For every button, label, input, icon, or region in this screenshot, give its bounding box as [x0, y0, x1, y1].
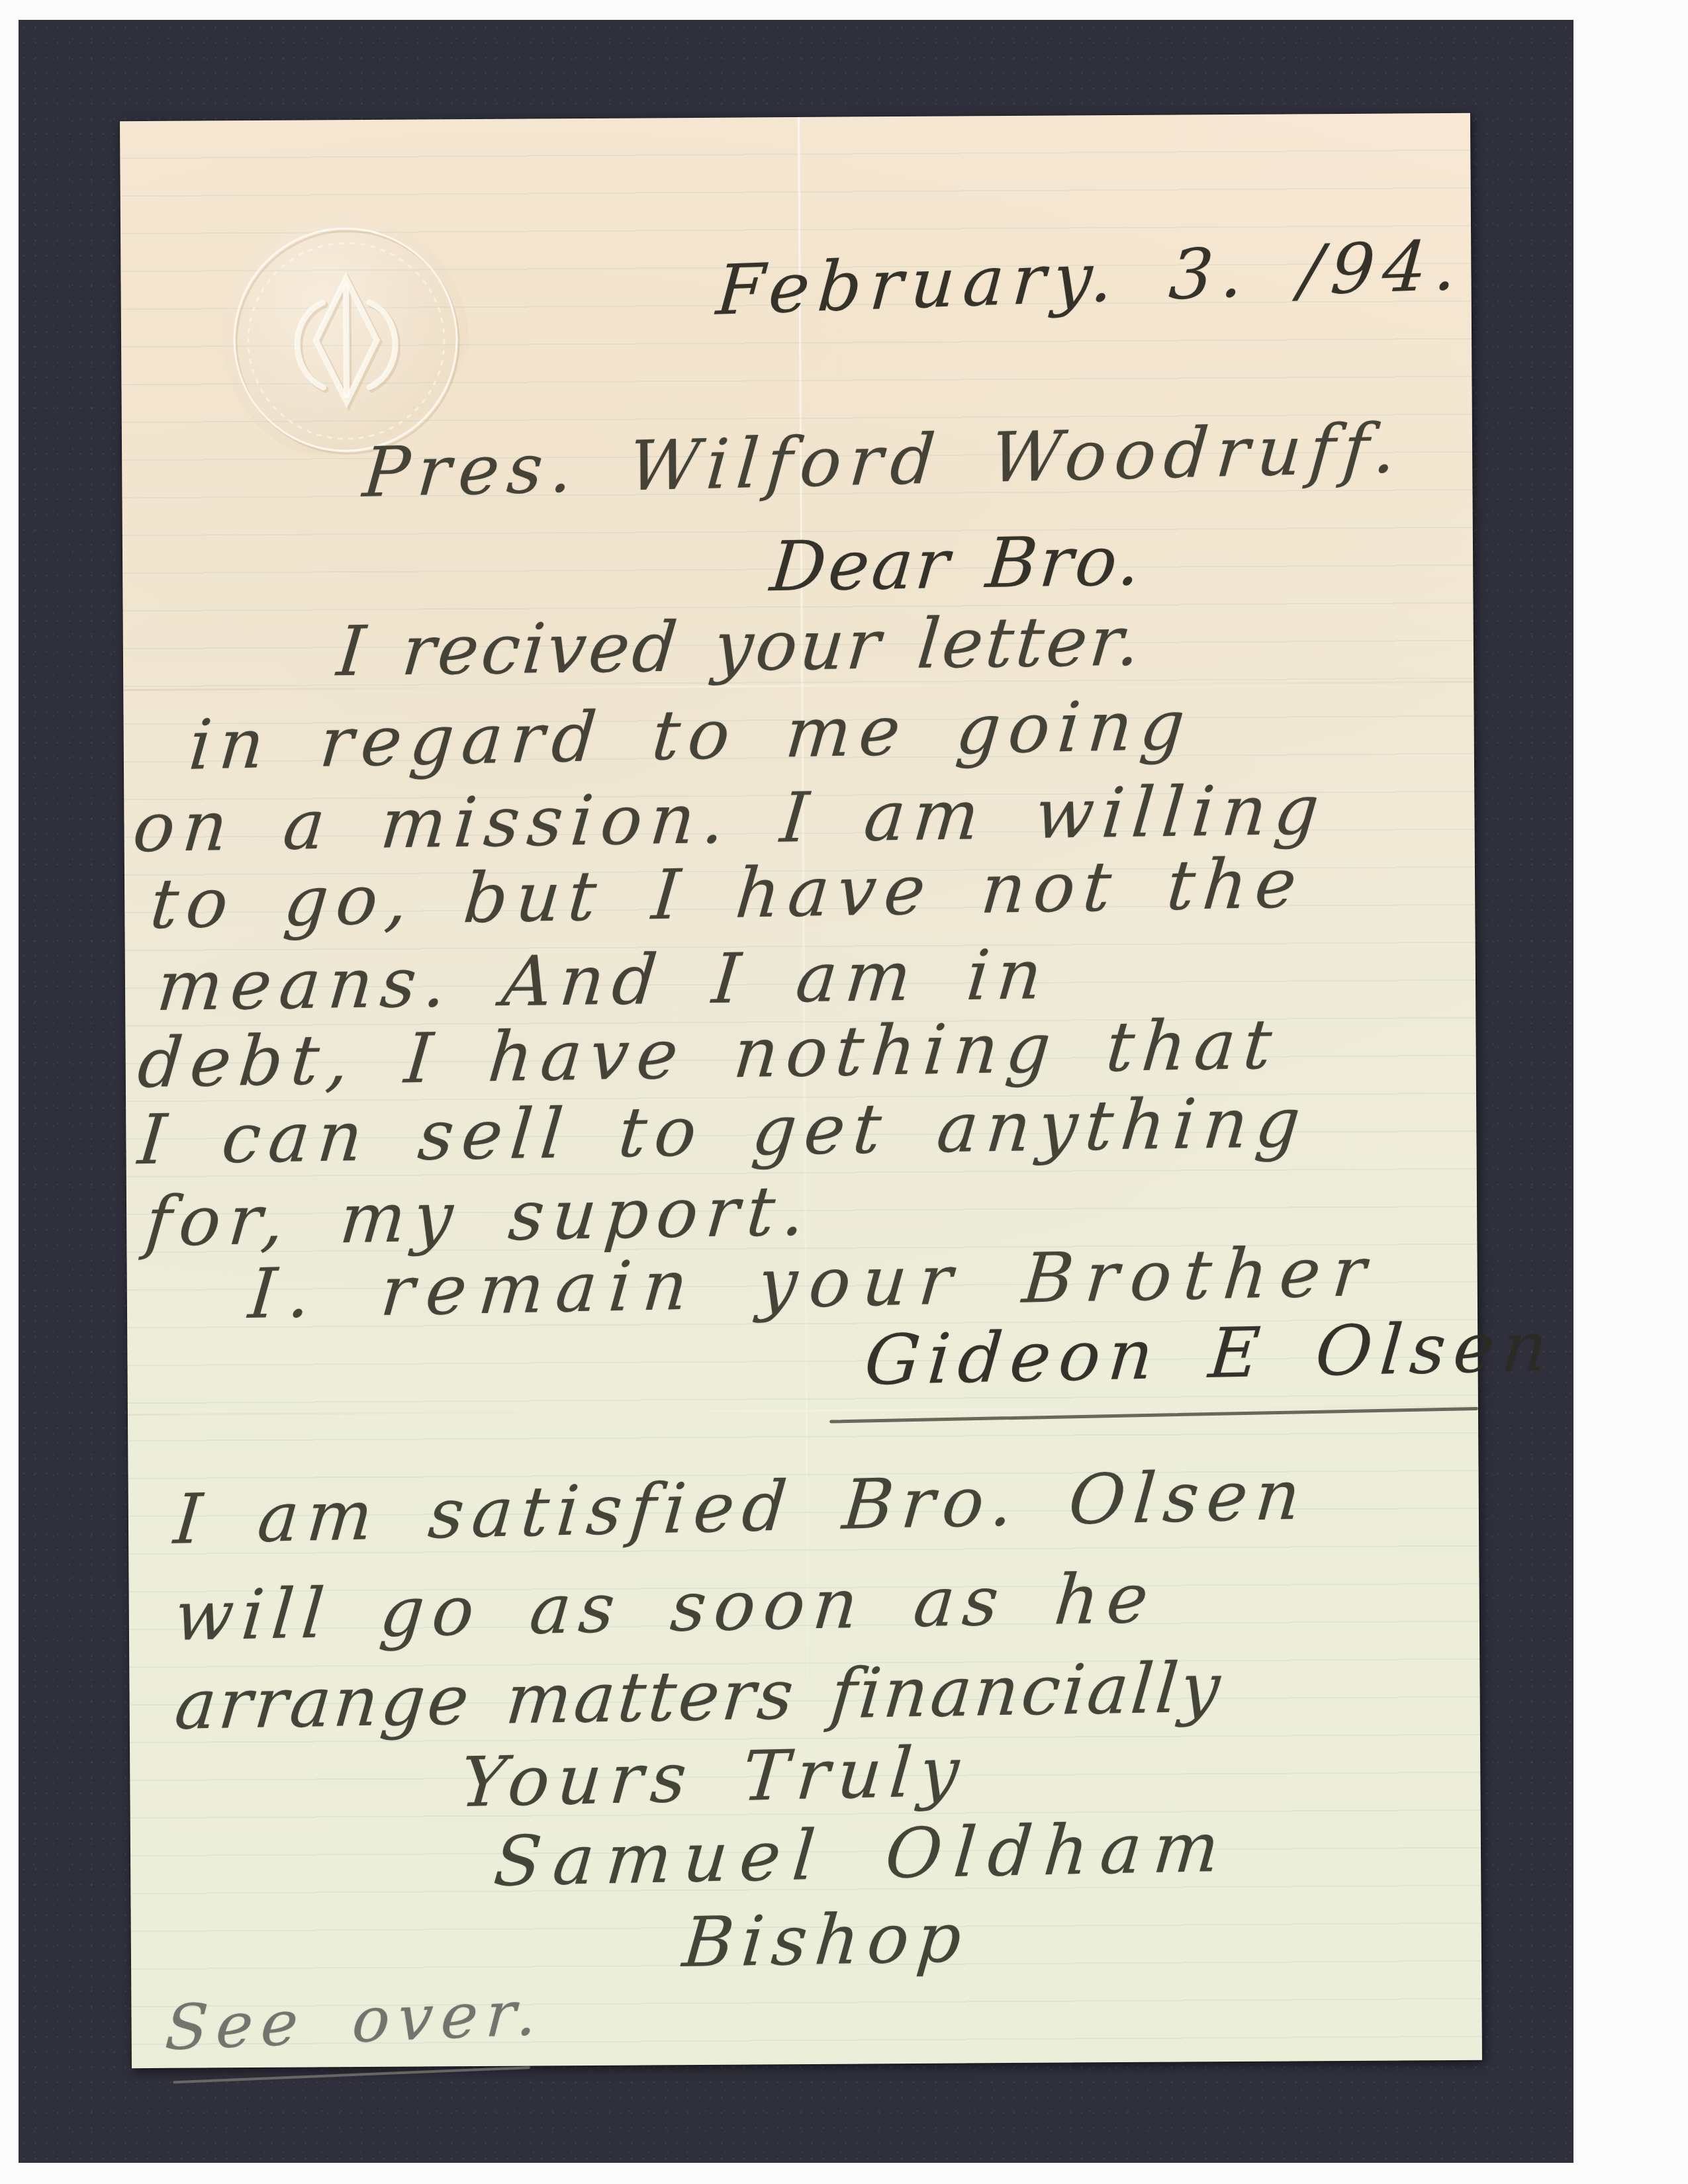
annotation-underline [173, 2066, 530, 2083]
scan-mount-background: February. 3. /94. Pres. Wilford Woodruff… [19, 20, 1573, 2163]
bishop-note-closing: Yours Truly [457, 1731, 970, 1823]
body-line: I can sell to get anything [135, 1082, 1311, 1180]
scanned-letter-page: { "page": { "kind": "scanned handwritten… [0, 0, 1688, 2184]
salutation-line: Dear Bro. [767, 520, 1147, 607]
bishop-note-line: will go as soon as he [171, 1558, 1159, 1657]
bishop-note-line: I am satisfied Bro. Olsen [171, 1454, 1311, 1559]
seal-emboss-graphic [223, 217, 469, 463]
date-line: February. 3. /94. [714, 224, 1468, 330]
body-line: I recived your letter. [334, 600, 1146, 692]
signature-gideon-olsen: Gideon E Olsen [862, 1306, 1558, 1400]
recipient-line: Pres. Wilford Woodruff. [360, 408, 1407, 513]
body-line: in regard to me going [186, 684, 1196, 785]
letter-paper: February. 3. /94. Pres. Wilford Woodruff… [120, 113, 1482, 2068]
embossed-monogram-seal-icon [223, 217, 469, 463]
signature-samuel-oldham: Samuel Oldham [491, 1807, 1234, 1902]
bishop-title-line: Bishop [680, 1897, 972, 1983]
bishop-note-line: arrange matters financially [171, 1647, 1225, 1745]
see-over-annotation: See over. [163, 1977, 547, 2064]
